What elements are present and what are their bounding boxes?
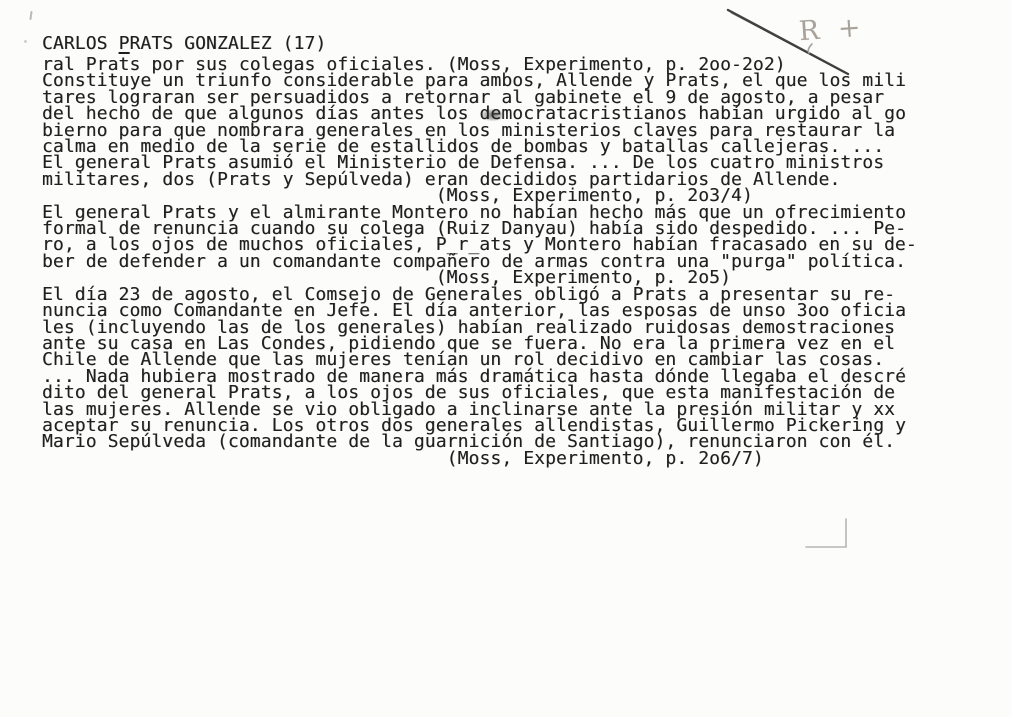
document-body: ral Prats por sus colegas oficiales. (Mo… <box>42 57 917 467</box>
document-heading: CARLOS PRATS GONZALEZ (17) <box>42 36 326 52</box>
text-line: (Moss, Experimento, p. 2o6/7) <box>42 451 917 467</box>
handwritten-pencil-mark: R + <box>798 12 867 48</box>
heading-suffix: RATS GONZALEZ (17) <box>130 33 327 54</box>
scan-speck <box>29 11 32 20</box>
scanned-document-page: CARLOS PRATS GONZALEZ (17) ral Prats por… <box>0 0 1012 717</box>
heading-prefix: CARLOS <box>42 33 119 54</box>
page-corner-mark <box>806 519 846 547</box>
scan-speck <box>24 40 27 43</box>
heading-underlined-letter: P <box>119 33 130 54</box>
ink-smudge <box>481 109 504 121</box>
